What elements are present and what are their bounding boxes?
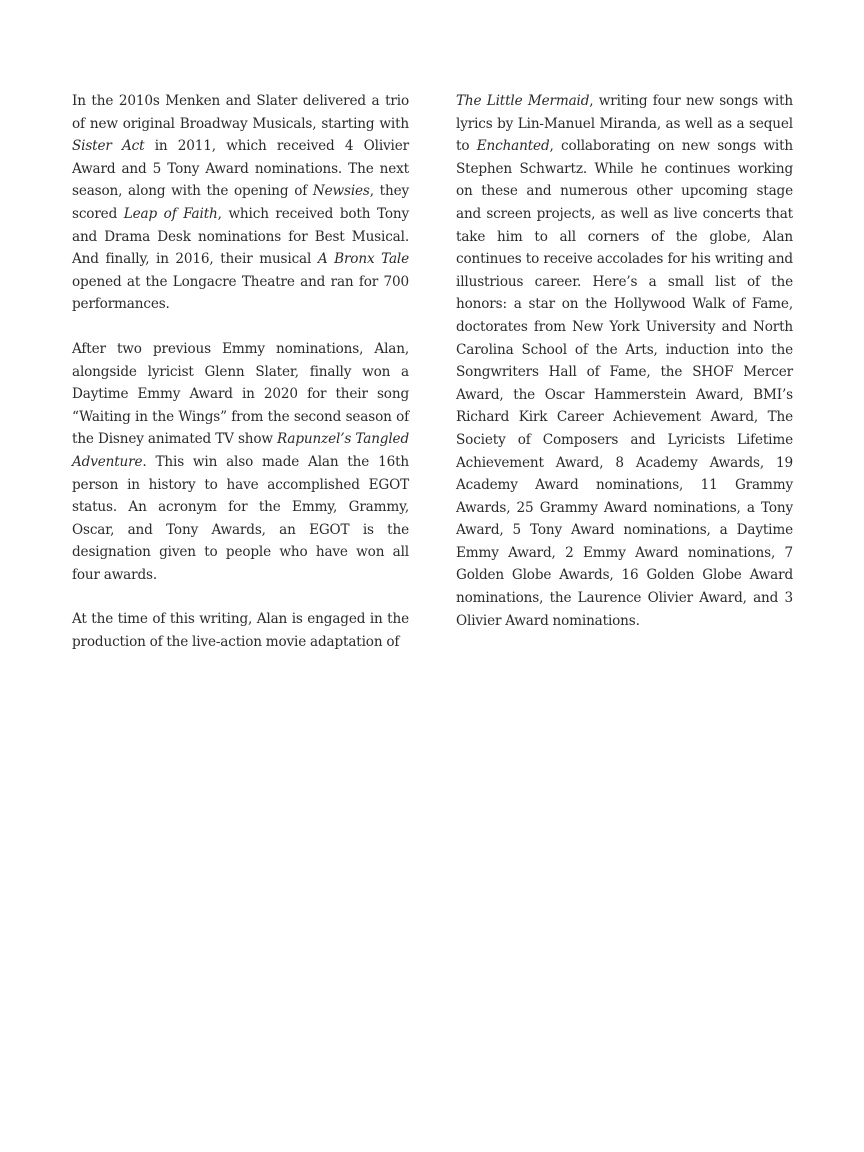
text-segment: . This win also made Alan the 16th perso… <box>72 454 409 583</box>
right-column: The Little Mermaid, writing four new son… <box>456 90 793 654</box>
title-sister-act: Sister Act <box>72 138 144 154</box>
document-page: In the 2010s Menken and Slater delivered… <box>72 90 792 1090</box>
text-segment: , collaborating on new songs with Stephe… <box>456 138 793 628</box>
paragraph-emmy-egot: After two previous Emmy nominations, Ala… <box>72 338 409 587</box>
text-segment: At the time of this writing, Alan is eng… <box>72 611 409 650</box>
title-the-little-mermaid: The Little Mermaid <box>456 93 589 109</box>
title-leap-of-faith: Leap of Faith <box>124 206 218 222</box>
paragraph-current-work-honors: The Little Mermaid, writing four new son… <box>456 90 793 632</box>
paragraph-current-work-start: At the time of this writing, Alan is eng… <box>72 608 409 653</box>
paragraph-broadway-musicals: In the 2010s Menken and Slater delivered… <box>72 90 409 316</box>
left-column: In the 2010s Menken and Slater delivered… <box>72 90 409 676</box>
text-segment: opened at the Longacre Theatre and ran f… <box>72 274 409 313</box>
title-a-bronx-tale: A Bronx Tale <box>318 251 409 267</box>
title-enchanted: Enchanted <box>477 138 550 154</box>
text-segment: In the 2010s Menken and Slater delivered… <box>72 93 409 132</box>
title-newsies: Newsies <box>313 183 370 199</box>
